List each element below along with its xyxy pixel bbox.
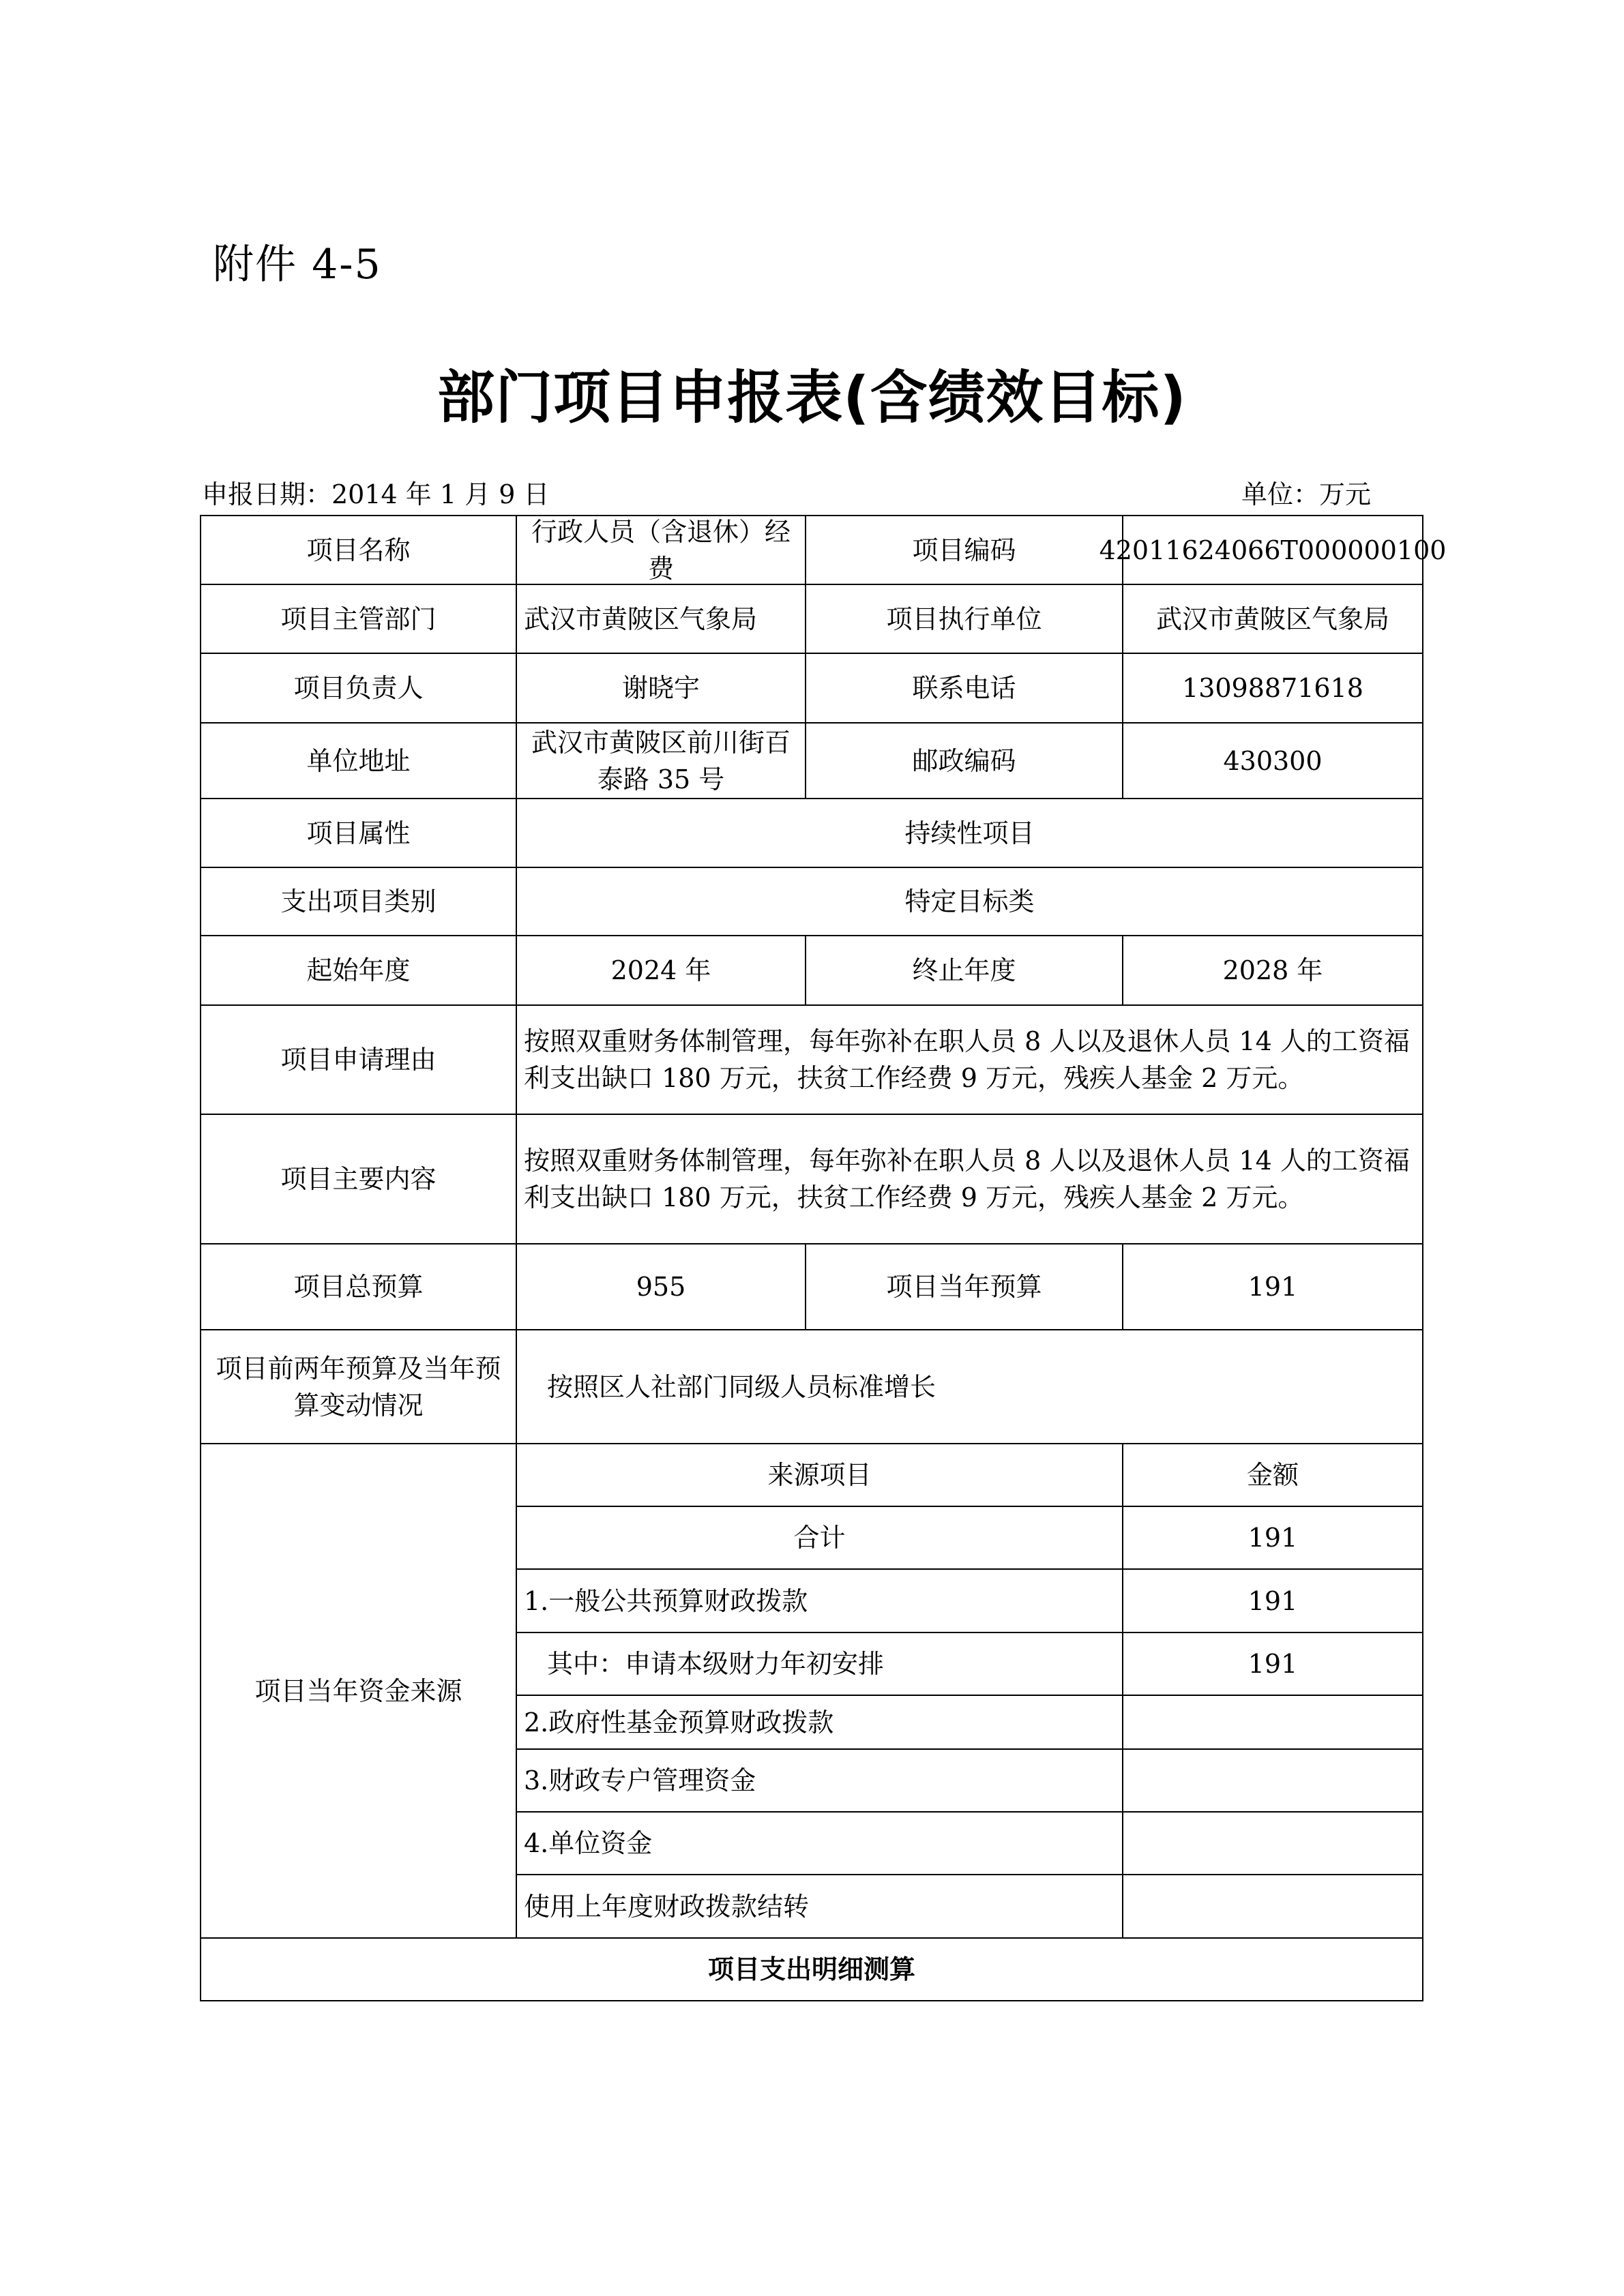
value-supervisor: 武汉市黄陂区气象局: [516, 584, 806, 654]
source-amount-initial-allocation: 191: [1122, 1632, 1423, 1696]
source-amount-general-budget: 191: [1122, 1568, 1423, 1633]
source-item-gov-fund: 2.政府性基金预算财政拨款: [516, 1695, 1123, 1750]
label-postcode: 邮政编码: [805, 722, 1123, 799]
label-project-name: 项目名称: [200, 515, 517, 585]
value-year-budget: 191: [1122, 1243, 1423, 1330]
value-content: 按照双重财务体制管理，每年弥补在职人员 8 人以及退休人员 14 人的工资福利支…: [516, 1114, 1423, 1244]
label-reason: 项目申请理由: [200, 1004, 517, 1115]
label-content: 项目主要内容: [200, 1114, 517, 1244]
value-project-name: 行政人员（含退休）经费: [516, 515, 806, 585]
label-category: 支出项目类别: [200, 867, 517, 936]
label-owner: 项目负责人: [200, 653, 517, 724]
report-date: 申报日期：2014 年 1 月 9 日: [202, 477, 549, 511]
label-supervisor: 项目主管部门: [200, 584, 517, 654]
value-executor: 武汉市黄陂区气象局: [1122, 584, 1423, 654]
source-item-initial-allocation: 其中：申请本级财力年初安排: [516, 1632, 1123, 1696]
source-amount-total: 191: [1122, 1506, 1423, 1570]
label-project-code: 项目编码: [805, 515, 1123, 585]
source-item-general-budget: 1.一般公共预算财政拨款: [516, 1568, 1123, 1633]
source-item-total: 合计: [516, 1506, 1123, 1570]
value-end-year: 2028 年: [1122, 935, 1423, 1006]
value-postcode: 430300: [1122, 722, 1423, 799]
label-executor: 项目执行单位: [805, 584, 1123, 654]
label-end-year: 终止年度: [805, 935, 1123, 1006]
page-title: 部门项目申报表(含绩效目标): [0, 360, 1624, 435]
value-address: 武汉市黄陂区前川街百泰路 35 号: [516, 722, 806, 799]
value-reason: 按照双重财务体制管理，每年弥补在职人员 8 人以及退休人员 14 人的工资福利支…: [516, 1004, 1423, 1115]
source-amount-unit-funds: [1122, 1811, 1423, 1875]
source-item-special-account: 3.财政专户管理资金: [516, 1748, 1123, 1813]
source-item-unit-funds: 4.单位资金: [516, 1811, 1123, 1875]
label-start-year: 起始年度: [200, 935, 517, 1006]
value-start-year: 2024 年: [516, 935, 806, 1006]
value-budget-change: 按照区人社部门同级人员标准增长: [516, 1329, 1423, 1444]
source-item-carryover: 使用上年度财政拨款结转: [516, 1874, 1123, 1939]
label-attribute: 项目属性: [200, 798, 517, 868]
sources-header-amount: 金额: [1122, 1443, 1423, 1507]
value-project-code: 42011624066T000000100: [1122, 515, 1423, 585]
attachment-label: 附件 4-5: [213, 240, 382, 289]
label-address: 单位地址: [200, 722, 517, 799]
source-amount-gov-fund: [1122, 1695, 1423, 1750]
label-fund-sources: 项目当年资金来源: [200, 1443, 517, 1939]
value-total-budget: 955: [516, 1243, 806, 1330]
unit-label: 单位：万元: [1241, 477, 1371, 511]
value-phone: 13098871618: [1122, 653, 1423, 724]
detail-section-title: 项目支出明细测算: [200, 1937, 1423, 2001]
project-form-table: 项目名称 行政人员（含退休）经费 项目编码 42011624066T000000…: [201, 516, 1423, 2001]
value-category: 特定目标类: [516, 867, 1423, 936]
source-amount-carryover: [1122, 1874, 1423, 1939]
value-owner: 谢晓宇: [516, 653, 806, 724]
label-budget-change: 项目前两年预算及当年预算变动情况: [200, 1329, 517, 1444]
value-attribute: 持续性项目: [516, 798, 1423, 868]
label-total-budget: 项目总预算: [200, 1243, 517, 1330]
source-amount-special-account: [1122, 1748, 1423, 1813]
label-phone: 联系电话: [805, 653, 1123, 724]
label-year-budget: 项目当年预算: [805, 1243, 1123, 1330]
sources-header-item: 来源项目: [516, 1443, 1123, 1507]
